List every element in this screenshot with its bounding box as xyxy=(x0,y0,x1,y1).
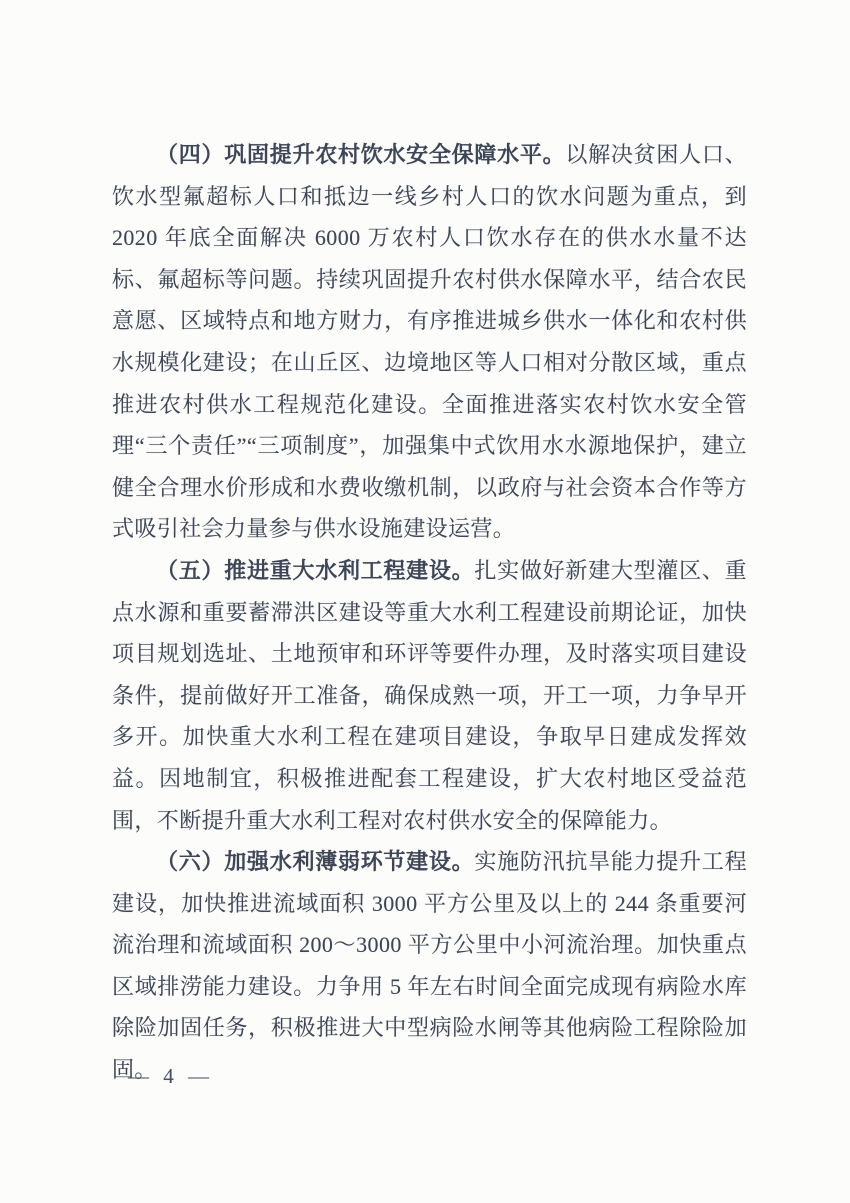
paragraph: （四）巩固提升农村饮水安全保障水平。以解决贫困人口、饮水型氟超标人口和抵边一线乡… xyxy=(112,134,747,550)
paragraph: （六）加强水利薄弱环节建设。实施防汛抗旱能力提升工程建设，加快推进流域面积 30… xyxy=(112,841,747,1091)
paragraph: （五）推进重大水利工程建设。扎实做好新建大型灌区、重点水源和重要蓄滞洪区建设等重… xyxy=(112,550,747,841)
paragraph-heading: （五）推进重大水利工程建设。 xyxy=(156,558,474,583)
document-body: （四）巩固提升农村饮水安全保障水平。以解决贫困人口、饮水型氟超标人口和抵边一线乡… xyxy=(112,134,747,1091)
paragraph-text: 实施防汛抗旱能力提升工程建设，加快推进流域面积 3000 平方公里及以上的 24… xyxy=(112,849,747,1082)
paragraph-heading: （四）巩固提升农村饮水安全保障水平。 xyxy=(156,142,565,167)
page-number: — 4 — xyxy=(128,1061,209,1091)
paragraph-heading: （六）加强水利薄弱环节建设。 xyxy=(156,849,474,874)
paragraph-text: 扎实做好新建大型灌区、重点水源和重要蓄滞洪区建设等重大水利工程建设前期论证，加快… xyxy=(112,558,747,833)
document-page: （四）巩固提升农村饮水安全保障水平。以解决贫困人口、饮水型氟超标人口和抵边一线乡… xyxy=(0,0,850,1203)
paragraph-text: 以解决贫困人口、饮水型氟超标人口和抵边一线乡村人口的饮水问题为重点，到 2020… xyxy=(112,142,747,541)
